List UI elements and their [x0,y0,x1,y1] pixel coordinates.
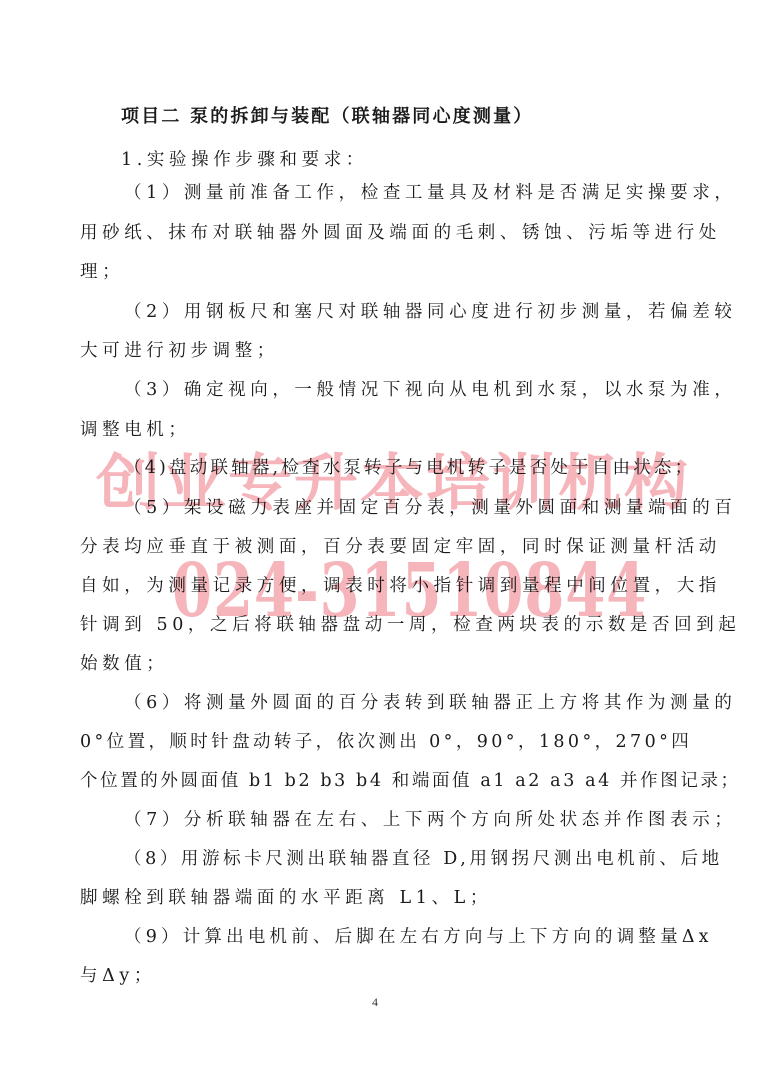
step-2-line-1: （2）用钢板尺和塞尺对联轴器同心度进行初步测量，若偏差较 [124,300,736,324]
document-page: 项目二 泵的拆卸与装配（联轴器同心度测量） 1.实验操作步骤和要求： （1）测量… [0,0,759,1076]
document-title: 项目二 泵的拆卸与装配（联轴器同心度测量） [121,105,533,129]
step-5-line-4: 针调到 50，之后将联轴器盘动一周，检查两块表的示数是否回到起 [80,613,740,637]
step-7-line-1: （7）分析联轴器在左右、上下两个方向所处状态并作图表示； [124,808,736,832]
step-8-line-1: （8）用游标卡尺测出联轴器直径 D,用钢拐尺测出电机前、后地 [124,847,723,871]
step-3-line-2: 调整电机； [80,418,191,442]
step-1-line-2: 用砂纸、抹布对联轴器外圆面及端面的毛刺、锈蚀、污垢等进行处 [80,221,721,245]
step-5-line-3: 自如，为测量记录方便，调表时将小指针调到量程中间位置，大指 [80,574,721,598]
step-6-line-2: 0°位置，顺时针盘动转子，依次测出 0°，90°，180°，270°四 [80,730,692,754]
step-6-line-1: （6）将测量外圆面的百分表转到联轴器正上方将其作为测量的 [124,691,736,715]
section-heading: 1.实验操作步骤和要求： [121,148,368,172]
step-4-line-1: （4)盘动联轴器,检查水泵转子与电机转子是否处于自由状态； [124,456,695,480]
step-1-line-3: 理； [80,260,124,284]
step-9-line-1: （9）计算出电机前、后脚在左右方向与上下方向的调整量Δx [124,925,713,949]
page-number: 4 [372,995,378,1010]
step-5-line-2: 分表均应垂直于被测面，百分表要固定牢固，同时保证测量杆活动 [80,535,721,559]
step-6-line-3: 个位置的外圆面值 b1 b2 b3 b4 和端面值 a1 a2 a3 a4 并作… [80,769,741,793]
step-9-line-2: 与Δy； [80,964,156,988]
step-2-line-2: 大可进行初步调整； [80,339,279,363]
step-1-line-1: （1）测量前准备工作，检查工量具及材料是否满足实操要求， [124,181,736,205]
step-8-line-2: 脚螺栓到联轴器端面的水平距离 L1、L； [80,886,492,910]
step-3-line-1: （3）确定视向，一般情况下视向从电机到水泵，以水泵为准， [124,378,736,402]
step-5-line-5: 始数值； [80,652,168,676]
step-5-line-1: （5）架设磁力表座并固定百分表，测量外圆面和测量端面的百 [124,496,736,520]
